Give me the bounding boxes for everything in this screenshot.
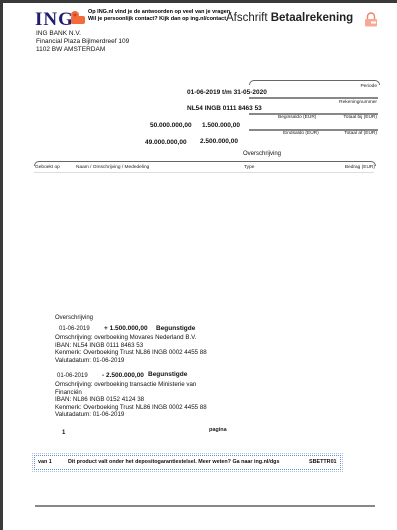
column-geboekt-op: Geboekt op [35,165,60,170]
transaction-omschrijving: Omschrijving: overboeking transactie Min… [55,381,207,389]
rekeningnummer-label: Rekeningnummer [339,100,377,105]
transaction-kenmerk: Kenmerk: Overboeking Trust NL86 INGB 000… [55,349,207,357]
transaction-iban: IBAN: NL54 INGB 0111 8463 53 [55,342,207,350]
transaction-kenmerk: Kenmerk: Overboeking Trust NL86 INGB 000… [55,404,207,412]
ing-lion-icon [70,9,86,25]
transaction-date: 01-06-2019 [59,326,90,332]
help-text-line1: Op ING.nl vind je de antwoorden op veel … [88,9,232,15]
title-bold: Betaalrekening [271,12,353,24]
ing-logo: ING [35,9,74,31]
transaction-amount: - 2.500.000,00 [102,372,144,379]
beginsaldo-value: 50.000.000,00 [150,122,192,129]
page-of-total: van 1 [38,459,52,465]
transaction-amount: + 1.500.000,00 [104,325,148,332]
beginsaldo-label: Beginsaldo (EUR) [278,115,316,120]
bank-address: ING BANK N.V. Financial Plaza Bijlmerdre… [36,30,129,54]
column-bedrag: Bedrag (EUR) [345,165,375,170]
transaction-iban: IBAN: NL86 INGB 0152 4124 38 [55,396,207,404]
transaction-omschrijving-cont: Financiën [55,389,207,397]
transaction-details: Omschrijving: overboeking Movares Nederl… [55,334,207,364]
table-header-underline [34,172,374,173]
page-bottom-divider [35,505,375,507]
transaction-date: 01-06-2019 [57,373,88,379]
title-regular: Afschrift [226,12,271,24]
page-number: 1 [62,430,65,436]
window-frame-top [0,0,397,3]
totaal-af-value: 2.500.000,00 [200,138,238,145]
periode-label: Periode [360,84,377,89]
column-type: Type [244,165,254,170]
address-line1: ING BANK N.V. [36,30,129,38]
totaal-bij-value: 1.500.000,00 [202,122,240,129]
totaal-bij-label: Totaal bij (EUR) [343,115,377,120]
document-title: Afschrift Betaalrekening [226,12,353,24]
page-label: pagina [209,427,227,433]
transaction-section-label: Overschrijving [55,315,93,321]
transaction-valutadatum: Valutadatum: 01-06-2019 [55,411,207,419]
rekening-divider [249,97,378,99]
lock-icon [364,12,378,27]
eindsaldo-value: 49.000.000,00 [145,139,187,146]
window-frame-left [0,0,3,530]
transaction-details: Omschrijving: overboeking transactie Min… [55,381,207,419]
help-text-line2: Wil je persoonlijk contact? Kijk dan op … [88,16,226,22]
document-code: SBETTR01 [309,459,337,465]
transaction-omschrijving: Omschrijving: overboeking Movares Nederl… [55,334,207,342]
deposit-guarantee-notice: Dit product valt onder het depositogaran… [68,459,279,465]
transaction-valutadatum: Valutadatum: 01-06-2019 [55,357,207,365]
column-omschrijving: Naam / Omschrijving / Mededeling [76,165,149,170]
periode-value: 01-06-2019 t/m 31-05-2020 [187,89,267,96]
address-line2: Financial Plaza Bijlmerdreef 109 [36,38,129,46]
type-note: Overschrijving [243,151,281,157]
eindsaldo-label: Eindsaldo (EUR) [283,131,319,136]
transaction-party: Begunstigde [156,325,195,332]
address-line3: 1102 BW AMSTERDAM [36,46,129,54]
totaal-af-label: Totaal af (EUR) [344,131,377,136]
transaction-party: Begunstigde [148,371,187,378]
rekeningnummer-value: NL54 INGB 0111 8463 53 [187,105,262,112]
